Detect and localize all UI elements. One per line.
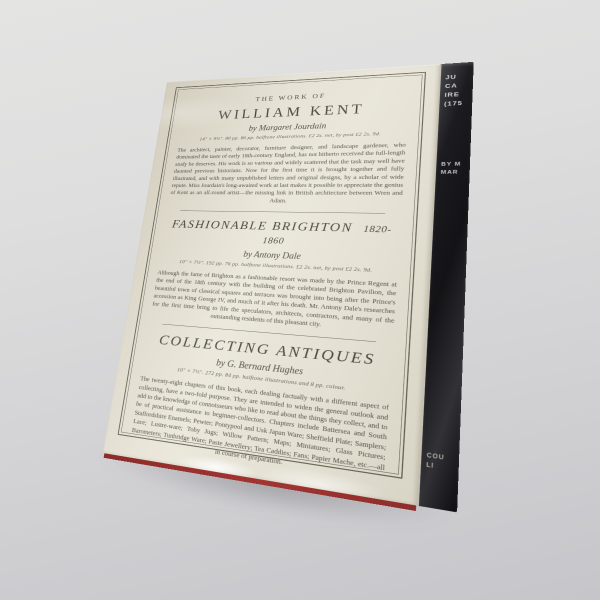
spine-text-line: MAR xyxy=(441,168,470,176)
spine-text-line: (175 xyxy=(444,98,473,108)
back-cover-panel: THE WORK OF WILLIAM KENT by Margaret Jou… xyxy=(103,64,440,506)
ad-fashionable-brighton: FASHIONABLE BRIGHTON 1820-1860 by Antony… xyxy=(151,217,401,334)
spine-author-fragment: BY M MAR xyxy=(441,160,471,177)
ad-title-text: FASHIONABLE BRIGHTON xyxy=(171,218,353,235)
ad-collecting-antiques: COLLECTING ANTIQUES by G. Bernard Hughes… xyxy=(130,331,393,484)
ad-blurb: The architect, painter, decorator, furni… xyxy=(169,141,406,206)
ad-blurb: Although the fame of Brighton as a fashi… xyxy=(151,269,397,335)
photo-backdrop: THE WORK OF WILLIAM KENT by Margaret Jou… xyxy=(0,0,600,600)
spine-title-fragment: JU CA IRE (175 xyxy=(444,72,474,109)
spine-publisher-fragment: COU LI xyxy=(426,451,459,474)
section-divider xyxy=(180,210,385,213)
book: THE WORK OF WILLIAM KENT by Margaret Jou… xyxy=(103,62,472,512)
ad-title: FASHIONABLE BRIGHTON 1820-1860 xyxy=(162,217,400,250)
ad-william-kent: THE WORK OF WILLIAM KENT by Margaret Jou… xyxy=(169,88,410,205)
